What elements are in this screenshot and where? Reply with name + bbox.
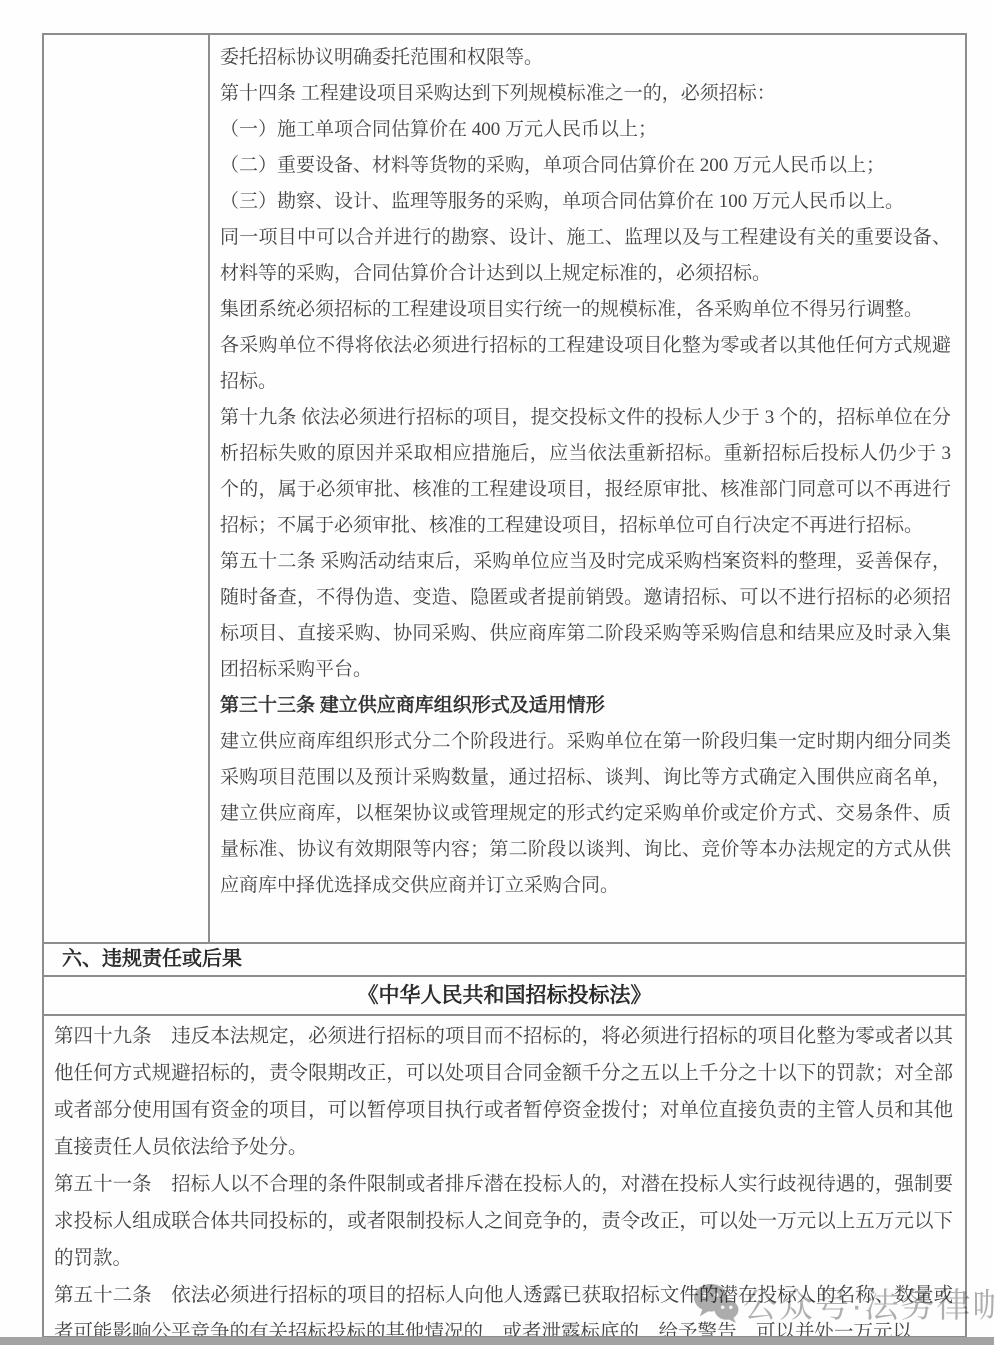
paragraph: 第十九条 依法必须进行招标的项目，提交投标文件的投标人少于 3 个的，招标单位在… [220, 400, 951, 544]
paragraph: 委托招标协议明确委托范围和权限等。 [220, 40, 951, 76]
paragraph: 第五十一条 招标人以不合理的条件限制或者排斥潜在投标人的，对潜在投标人实行歧视待… [54, 1166, 953, 1277]
stub-column [44, 35, 210, 942]
section-row-violation-consequences: 六、违规责任或后果 [44, 942, 965, 975]
law-title: 《中华人民共和国招标投标法》 [358, 983, 652, 1007]
paragraph: （三）勘察、设计、监理等服务的采购，单项合同估算价在 100 万元人民币以上。 [220, 184, 951, 220]
paragraph: 第五十二条 依法必须进行招标的项目的招标人向他人透露已获取招标文件的潜在投标人的… [54, 1277, 953, 1336]
paragraph: 各采购单位不得将依法必须进行招标的工程建设项目化整为零或者以其他任何方式规避招标… [220, 328, 951, 400]
document-table: 委托招标协议明确委托范围和权限等。 第十四条 工程建设项目采购达到下列规模标准之… [42, 33, 967, 1338]
law-title-row: 《中华人民共和国招标投标法》 [44, 975, 965, 1014]
law-articles-cell: 第四十九条 违反本法规定，必须进行招标的项目而不招标的，将必须进行招标的项目化整… [44, 1014, 965, 1336]
content-column: 委托招标协议明确委托范围和权限等。 第十四条 工程建设项目采购达到下列规模标准之… [210, 35, 965, 942]
photo-bottom-edge [0, 1337, 994, 1345]
paragraph: 第十四条 工程建设项目采购达到下列规模标准之一的，必须招标： [220, 76, 951, 112]
paragraph: （一）施工单项合同估算价在 400 万元人民币以上； [220, 112, 951, 148]
paragraph: （二）重要设备、材料等货物的采购，单项合同估算价在 200 万元人民币以上； [220, 148, 951, 184]
paragraph: 第四十九条 违反本法规定，必须进行招标的项目而不招标的，将必须进行招标的项目化整… [54, 1018, 953, 1166]
section-row-label: 六、违规责任或后果 [62, 948, 242, 970]
paragraph: 第五十二条 采购活动结束后，采购单位应当及时完成采购档案资料的整理，妥善保存，随… [220, 544, 951, 688]
main-row: 委托招标协议明确委托范围和权限等。 第十四条 工程建设项目采购达到下列规模标准之… [44, 35, 965, 942]
paragraph: 集团系统必须招标的工程建设项目实行统一的规模标准，各采购单位不得另行调整。 [220, 292, 951, 328]
article-33-heading: 第三十三条 建立供应商库组织形式及适用情形 [220, 688, 951, 724]
paragraph: 同一项目中可以合并进行的勘察、设计、施工、监理以及与工程建设有关的重要设备、材料… [220, 220, 951, 292]
paragraph: 建立供应商库组织形式分二个阶段进行。采购单位在第一阶段归集一定时期内细分同类采购… [220, 724, 951, 904]
